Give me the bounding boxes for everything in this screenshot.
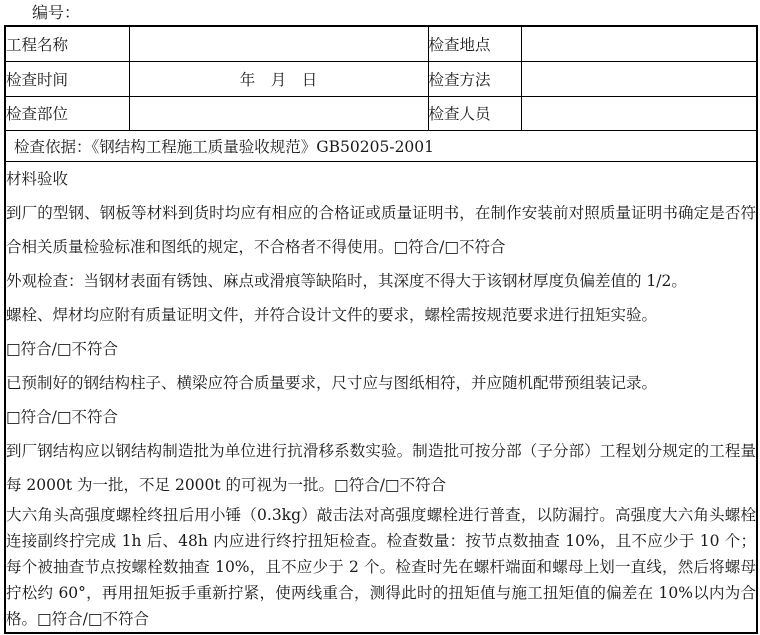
form-number-label: 编号： — [32, 3, 756, 22]
project-name-field[interactable] — [129, 26, 428, 61]
paragraph-high-strength-bolt-check: 大六角头高强度螺栓终扭后用小锤（0.3kg）敲击法对高强度螺栓进行普查，以防漏拧… — [6, 502, 756, 632]
inspection-part-field[interactable] — [129, 96, 428, 130]
inspection-time-label: 检查时间 — [5, 61, 129, 96]
checkbox-line-conform[interactable]: □符合/□不符合 — [6, 332, 756, 366]
inspection-place-label: 检查地点 — [428, 26, 521, 61]
inspection-place-field[interactable] — [521, 26, 757, 61]
inspection-method-field[interactable] — [521, 61, 757, 96]
inspection-date-field[interactable]: 年 月 日 — [129, 61, 428, 96]
table-row: 工程名称 检查地点 — [5, 26, 757, 61]
section-title: 材料验收 — [6, 162, 756, 196]
material-acceptance-cell: 材料验收 到厂的型钢、钢板等材料到货时均应有相应的合格证或质量证明书，在制作安装… — [5, 161, 757, 633]
paragraph-prefabricated-columns: 已预制好的钢结构柱子、横梁应符合质量要求，尺寸应与图纸相符，并应随机配带预组装记… — [6, 366, 756, 400]
inspector-label: 检查人员 — [428, 96, 521, 130]
paragraph-bolts-welding-docs: 螺栓、焊材均应附有质量证明文件，并符合设计文件的要求，螺栓需按规范要求进行扭矩实… — [6, 298, 756, 332]
checkbox-line-conform[interactable]: □符合/□不符合 — [6, 400, 756, 434]
inspection-method-label: 检查方法 — [428, 61, 521, 96]
inspector-field[interactable] — [521, 96, 757, 130]
paragraph-slip-coefficient-test: 到厂钢结构应以钢结构制造批为单位进行抗滑移系数实验。制造批可按分部（子分部）工程… — [6, 434, 756, 502]
table-row: 检查部位 检查人员 — [5, 96, 757, 130]
inspection-form-table: 工程名称 检查地点 检查时间 年 月 日 检查方法 检查部位 检查人员 检查依据… — [4, 25, 758, 634]
table-row: 检查依据：《钢结构工程施工质量验收规范》GB50205-2001 — [5, 130, 757, 161]
paragraph-appearance-check: 外观检查：当钢材表面有锈蚀、麻点或滑痕等缺陷时，其深度不得大于该钢材厚度负偏差值… — [6, 264, 756, 298]
inspection-basis-text: 检查依据：《钢结构工程施工质量验收规范》GB50205-2001 — [5, 130, 757, 161]
project-name-label: 工程名称 — [5, 26, 129, 61]
inspection-part-label: 检查部位 — [5, 96, 129, 130]
paragraph-material-certificates: 到厂的型钢、钢板等材料到货时均应有相应的合格证或质量证明书，在制作安装前对照质量… — [6, 196, 756, 264]
table-row: 检查时间 年 月 日 检查方法 — [5, 61, 757, 96]
table-row: 材料验收 到厂的型钢、钢板等材料到货时均应有相应的合格证或质量证明书，在制作安装… — [5, 161, 757, 633]
inspection-form-sheet: 编号： 工程名称 检查地点 检查时间 年 月 日 检查方法 检查部位 检查人员 — [0, 0, 760, 634]
